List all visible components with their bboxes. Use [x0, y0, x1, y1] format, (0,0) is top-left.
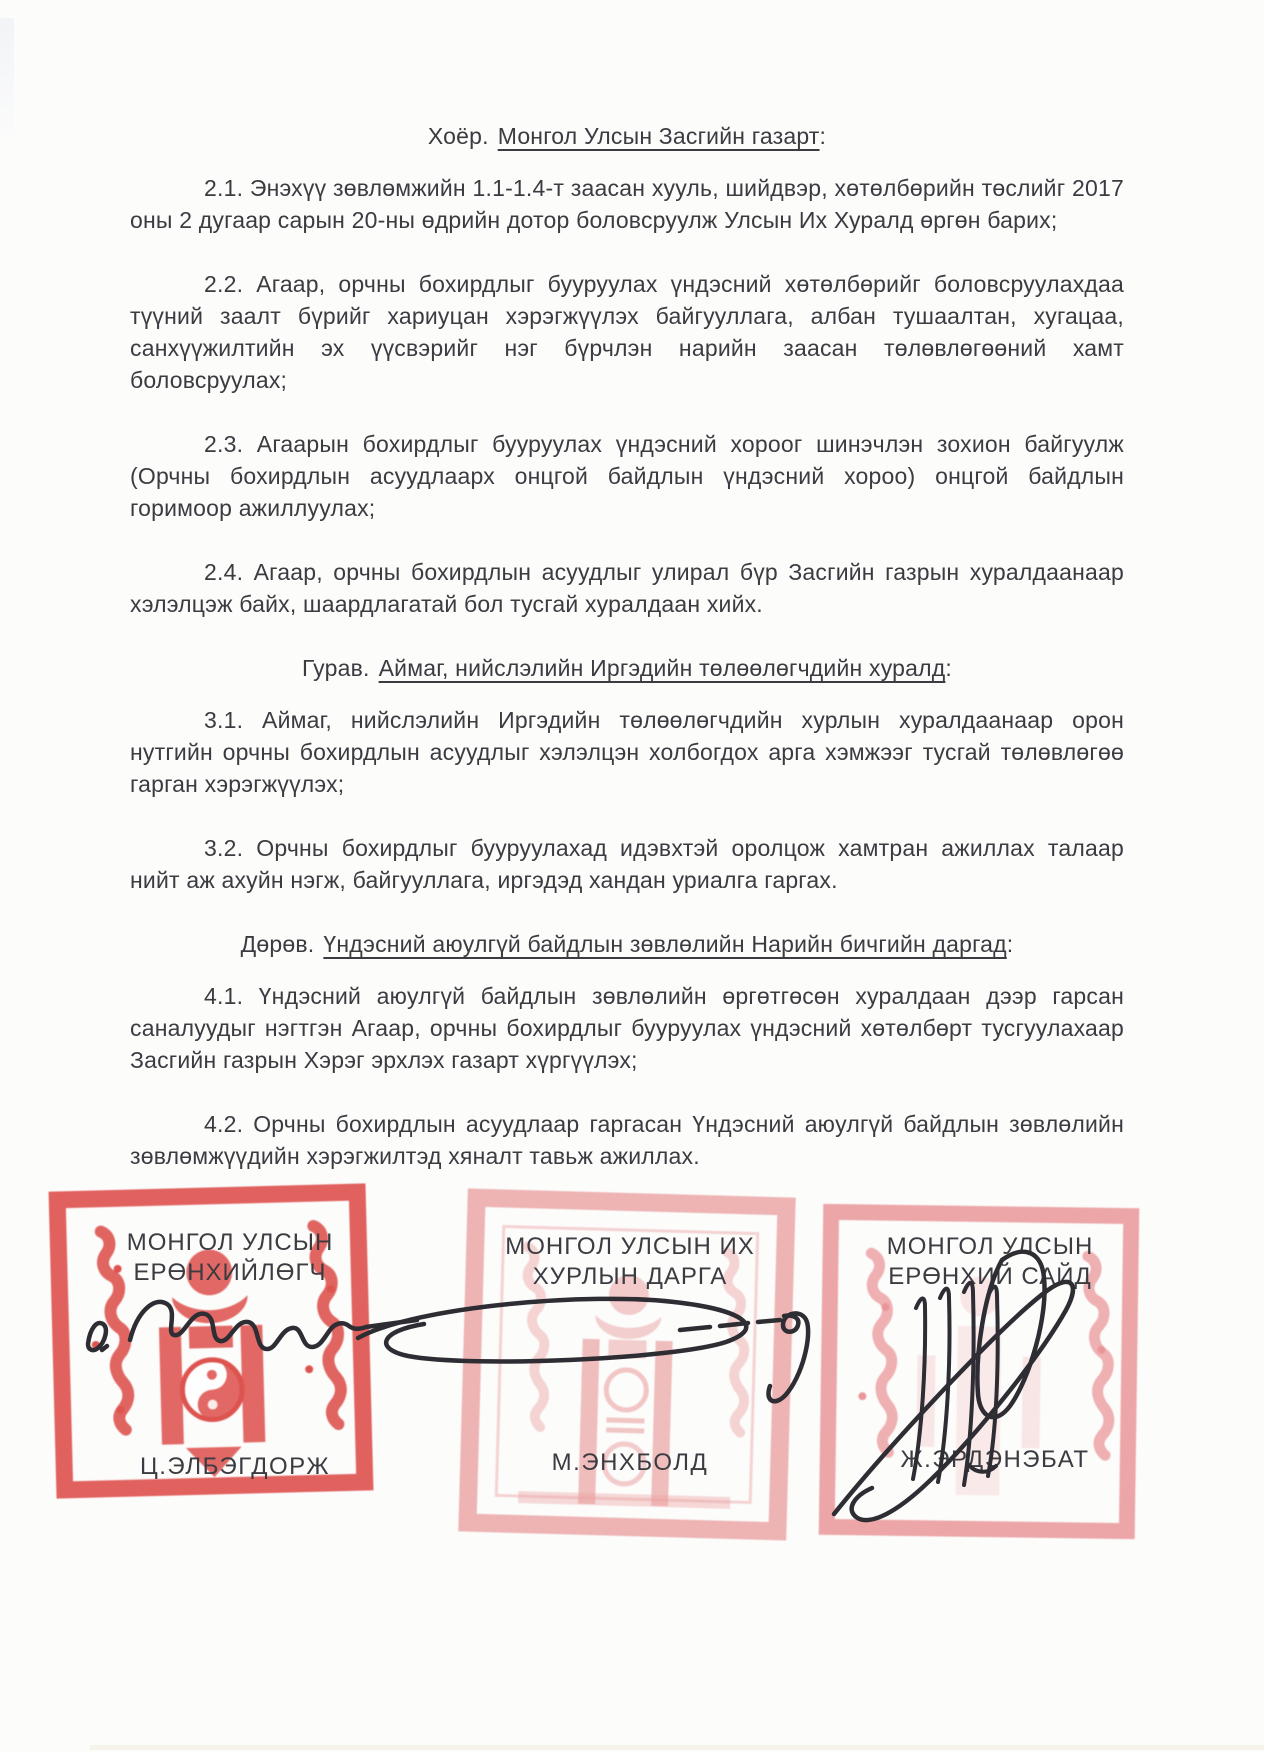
speaker-title-line1: МОНГОЛ УЛСЫН ИХ	[470, 1232, 790, 1262]
heading-colon: :	[945, 655, 952, 681]
section-three-heading: Гурав.Аймаг, нийслэлийн Иргэдийн төлөөлө…	[130, 652, 1124, 684]
paragraph-3-2: 3.2. Орчны бохирдлыг бууруулахад идэвхтэ…	[130, 832, 1124, 896]
paragraph-2-4: 2.4. Агаар, орчны бохирдлын асуудлыг ули…	[130, 556, 1124, 620]
prime-minister-ink-signature	[826, 1238, 1126, 1553]
speaker-ink-signature	[344, 1282, 819, 1447]
section-four-heading: Дөрөв.Үндэсний аюулгүй байдлын зөвлөлийн…	[130, 928, 1124, 960]
heading-colon: :	[1007, 931, 1014, 957]
speaker-name: М.ЭНХБОЛД	[470, 1448, 790, 1478]
paragraph-4-2: 4.2. Орчны бохирдлын асуудлаар гаргасан …	[130, 1108, 1124, 1172]
president-name: Ц.ЭЛБЭГДОРЖ	[70, 1452, 400, 1482]
heading-lead: Дөрөв.	[241, 931, 315, 957]
section-two-heading: Хоёр.Монгол Улсын Засгийн газарт:	[130, 120, 1124, 152]
heading-underlined-text: Монгол Улсын Засгийн газарт	[498, 123, 820, 149]
heading-underlined-text: Үндэсний аюулгүй байдлын зөвлөлийн Нарий…	[323, 931, 1006, 957]
scan-edge-bottom	[90, 1745, 1264, 1750]
paragraph-2-2: 2.2. Агаар, орчны бохирдлыг бууруулах үн…	[130, 268, 1124, 396]
paragraph-2-1: 2.1. Энэхүү зөвлөмжийн 1.1-1.4-т заасан …	[130, 172, 1124, 236]
scanned-document-page: Хоёр.Монгол Улсын Засгийн газарт: 2.1. Э…	[0, 0, 1264, 1752]
president-title-line1: МОНГОЛ УЛСЫН	[70, 1228, 390, 1258]
scan-smudge-top-left	[0, 18, 14, 148]
paragraph-4-1: 4.1. Үндэсний аюулгүй байдлын зөвлөлийн …	[130, 980, 1124, 1076]
heading-underlined-text: Аймаг, нийслэлийн Иргэдийн төлөөлөгчдийн…	[379, 655, 946, 681]
heading-lead: Хоёр.	[428, 123, 489, 149]
heading-colon: :	[820, 123, 827, 149]
paragraph-3-1: 3.1. Аймаг, нийслэлийн Иргэдийн төлөөлөг…	[130, 704, 1124, 800]
paragraph-2-3: 2.3. Агаарын бохирдлыг бууруулах үндэсни…	[130, 428, 1124, 524]
document-body: Хоёр.Монгол Улсын Засгийн газарт: 2.1. Э…	[130, 120, 1124, 1204]
heading-lead: Гурав.	[302, 655, 370, 681]
